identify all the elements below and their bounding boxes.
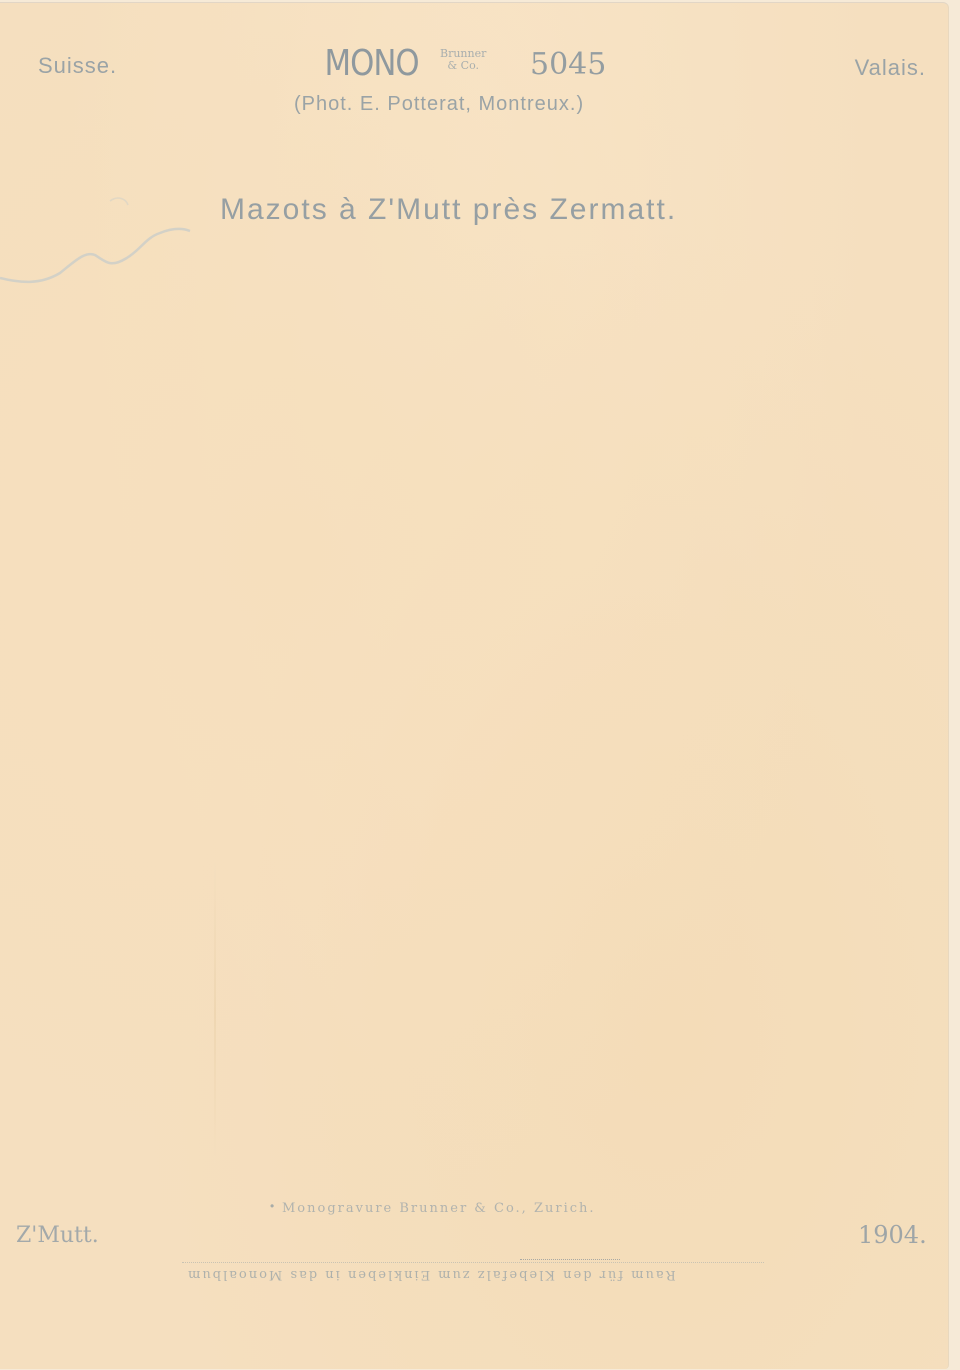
glue-margin-dotted-line — [182, 1262, 764, 1263]
year-label: 1904. — [858, 1221, 927, 1249]
printer-credit: Monogravure Brunner & Co., Zurich. — [282, 1201, 596, 1216]
place-label: Z'Mutt. — [16, 1223, 99, 1248]
series-number: 5045 — [530, 47, 606, 82]
card-title: Mazots à Z'Mutt près Zermatt. — [220, 193, 677, 227]
postcard-back: Suisse. MONO Brunner & Co. 5045 Valais. … — [0, 2, 949, 1369]
glue-margin-dotted-accent — [520, 1259, 620, 1260]
publisher-company: & Co. — [440, 60, 486, 72]
publisher-label: Brunner & Co. — [440, 48, 486, 72]
album-instruction-inverted: Raum für den Klebefalz zum Einkleben in … — [186, 1267, 676, 1282]
bullet-mark: • — [270, 1199, 274, 1213]
region-label: Valais. — [855, 55, 926, 81]
brand-logo: MONO — [324, 43, 418, 84]
country-label: Suisse. — [38, 53, 117, 79]
ink-stain-mark — [0, 193, 210, 303]
paper-crease — [214, 863, 216, 1163]
photo-credit: (Phot. E. Potterat, Montreux.) — [294, 93, 584, 116]
